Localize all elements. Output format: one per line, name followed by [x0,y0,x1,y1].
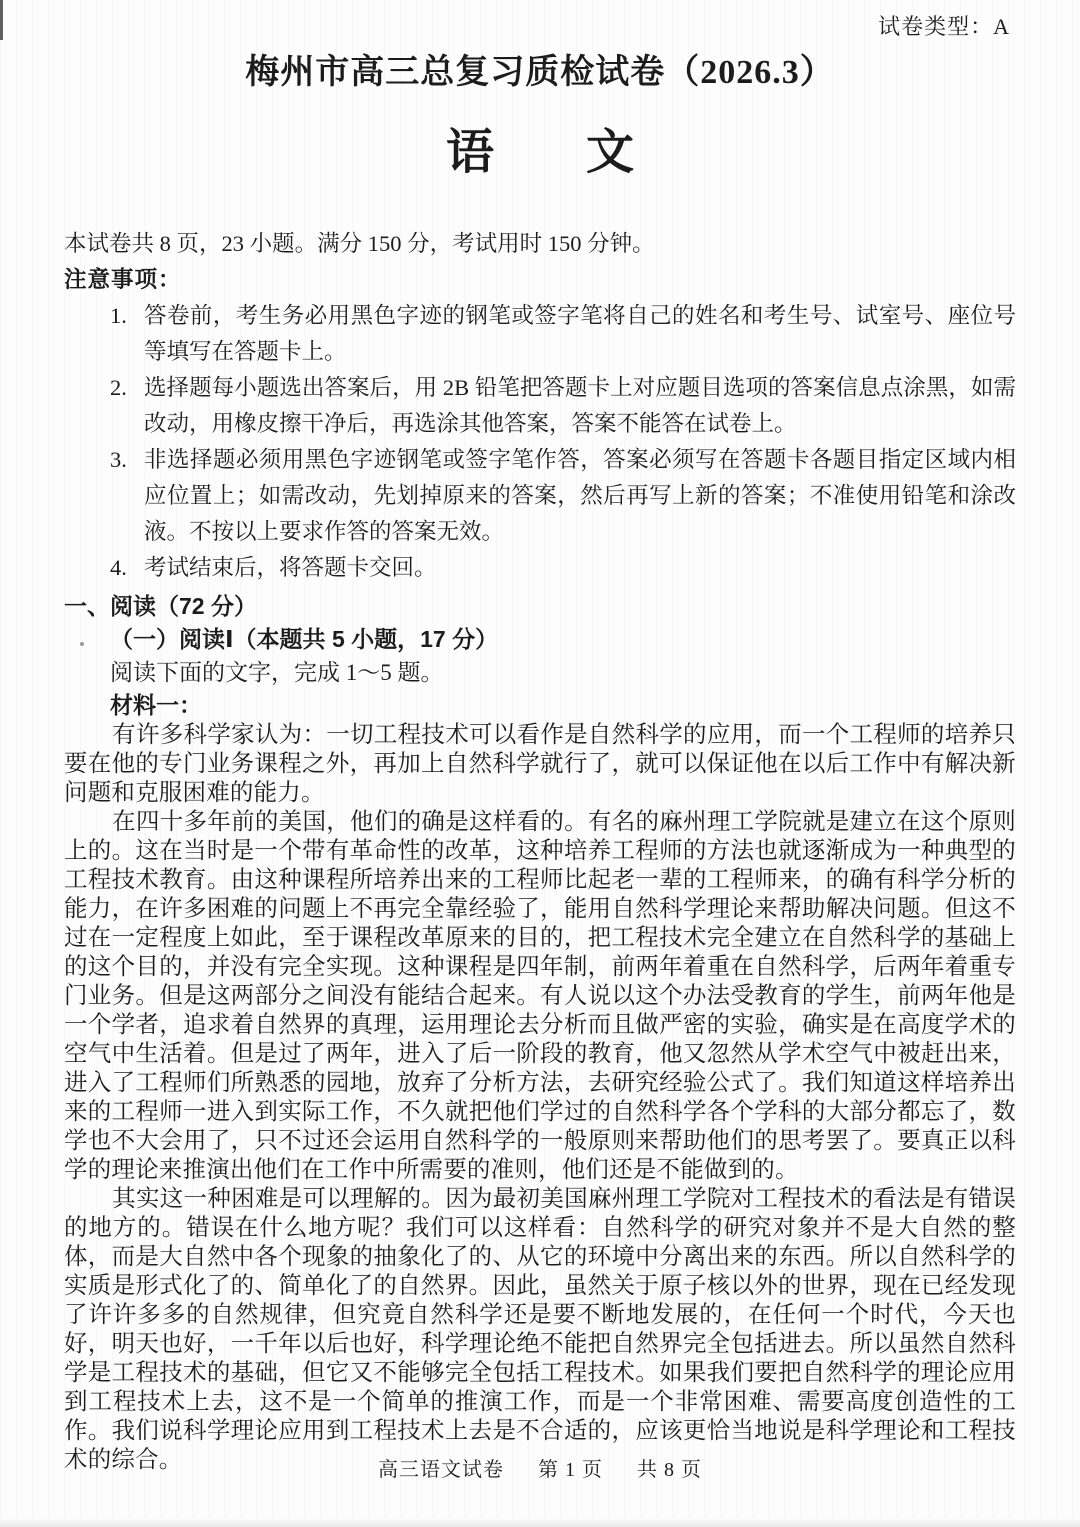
footer-exam-name: 高三语文试卷 [378,1459,504,1481]
material-label: 材料一： [110,689,1016,721]
scan-edge-artifact [0,0,3,40]
reading-passage: 有许多科学家认为：一切工程技术可以看作是自然科学的应用，而一个工程师的培养只要在… [64,721,1016,1475]
footer-page-total: 共 8 页 [637,1459,702,1481]
notice-text: 选择题每小题选出答案后，用 2B 铅笔把答题卡上对应题目选项的答案信息点涂黑，如… [144,370,1016,442]
notice-text: 考试结束后，将答题卡交回。 [144,550,1016,586]
passage-paragraph: 其实这一种困难是可以理解的。因为最初美国麻州理工学院对工程技术的看法是有错误的地… [64,1185,1016,1475]
subject-char: 语 [446,122,494,184]
page-footer: 高三语文试卷 第 1 页 共 8 页 [0,1456,1080,1484]
passage-paragraph: 在四十多年前的美国，他们的确是这样看的。有名的麻州理工学院就是建立在这个原则上的… [64,808,1016,1185]
subject-title: 语 文 [64,122,1016,184]
paper-type-label: 试卷类型：A [64,0,1016,41]
notice-heading: 注意事项： [64,262,1016,298]
bottom-scan-shadow [0,1518,1080,1527]
notice-item: 4. 考试结束后，将答题卡交回。 [64,550,1016,586]
notice-text: 答卷前，考生务必用黑色字迹的钢笔或签字笔将自己的姓名和考生号、试室号、座位号等填… [144,298,1016,370]
section-heading-reading: 一、阅读（72 分） [64,590,1016,623]
notice-number: 3. [110,442,144,478]
exam-title: 梅州市高三总复习质检试卷（2026.3） [64,50,1016,96]
reading-instruction: 阅读下面的文字，完成 1～5 题。 [110,656,1016,689]
notice-item: 3. 非选择题必须用黑色字迹钢笔或签字笔作答，答案必须写在答题卡各题目指定区域内… [64,442,1016,550]
subsection-heading-reading-1: （一）阅读Ⅰ（本题共 5 小题，17 分） [110,623,1016,656]
subject-char: 文 [586,122,634,184]
notice-number: 2. [110,370,144,406]
exam-info-line: 本试卷共 8 页，23 小题。满分 150 分，考试用时 150 分钟。 [64,226,1016,262]
notice-text: 非选择题必须用黑色字迹钢笔或签字笔作答，答案必须写在答题卡各题目指定区域内相应位… [144,442,1016,550]
footer-page-number: 第 1 页 [538,1459,603,1481]
notice-number: 1. [110,298,144,334]
scan-dot-artifact [80,642,84,646]
passage-paragraph: 有许多科学家认为：一切工程技术可以看作是自然科学的应用，而一个工程师的培养只要在… [64,721,1016,808]
notice-item: 2. 选择题每小题选出答案后，用 2B 铅笔把答题卡上对应题目选项的答案信息点涂… [64,370,1016,442]
exam-page: 试卷类型：A 梅州市高三总复习质检试卷（2026.3） 语 文 本试卷共 8 页… [0,0,1080,1527]
notice-item: 1. 答卷前，考生务必用黑色字迹的钢笔或签字笔将自己的姓名和考生号、试室号、座位… [64,298,1016,370]
notice-list: 1. 答卷前，考生务必用黑色字迹的钢笔或签字笔将自己的姓名和考生号、试室号、座位… [64,298,1016,586]
notice-number: 4. [110,550,144,586]
